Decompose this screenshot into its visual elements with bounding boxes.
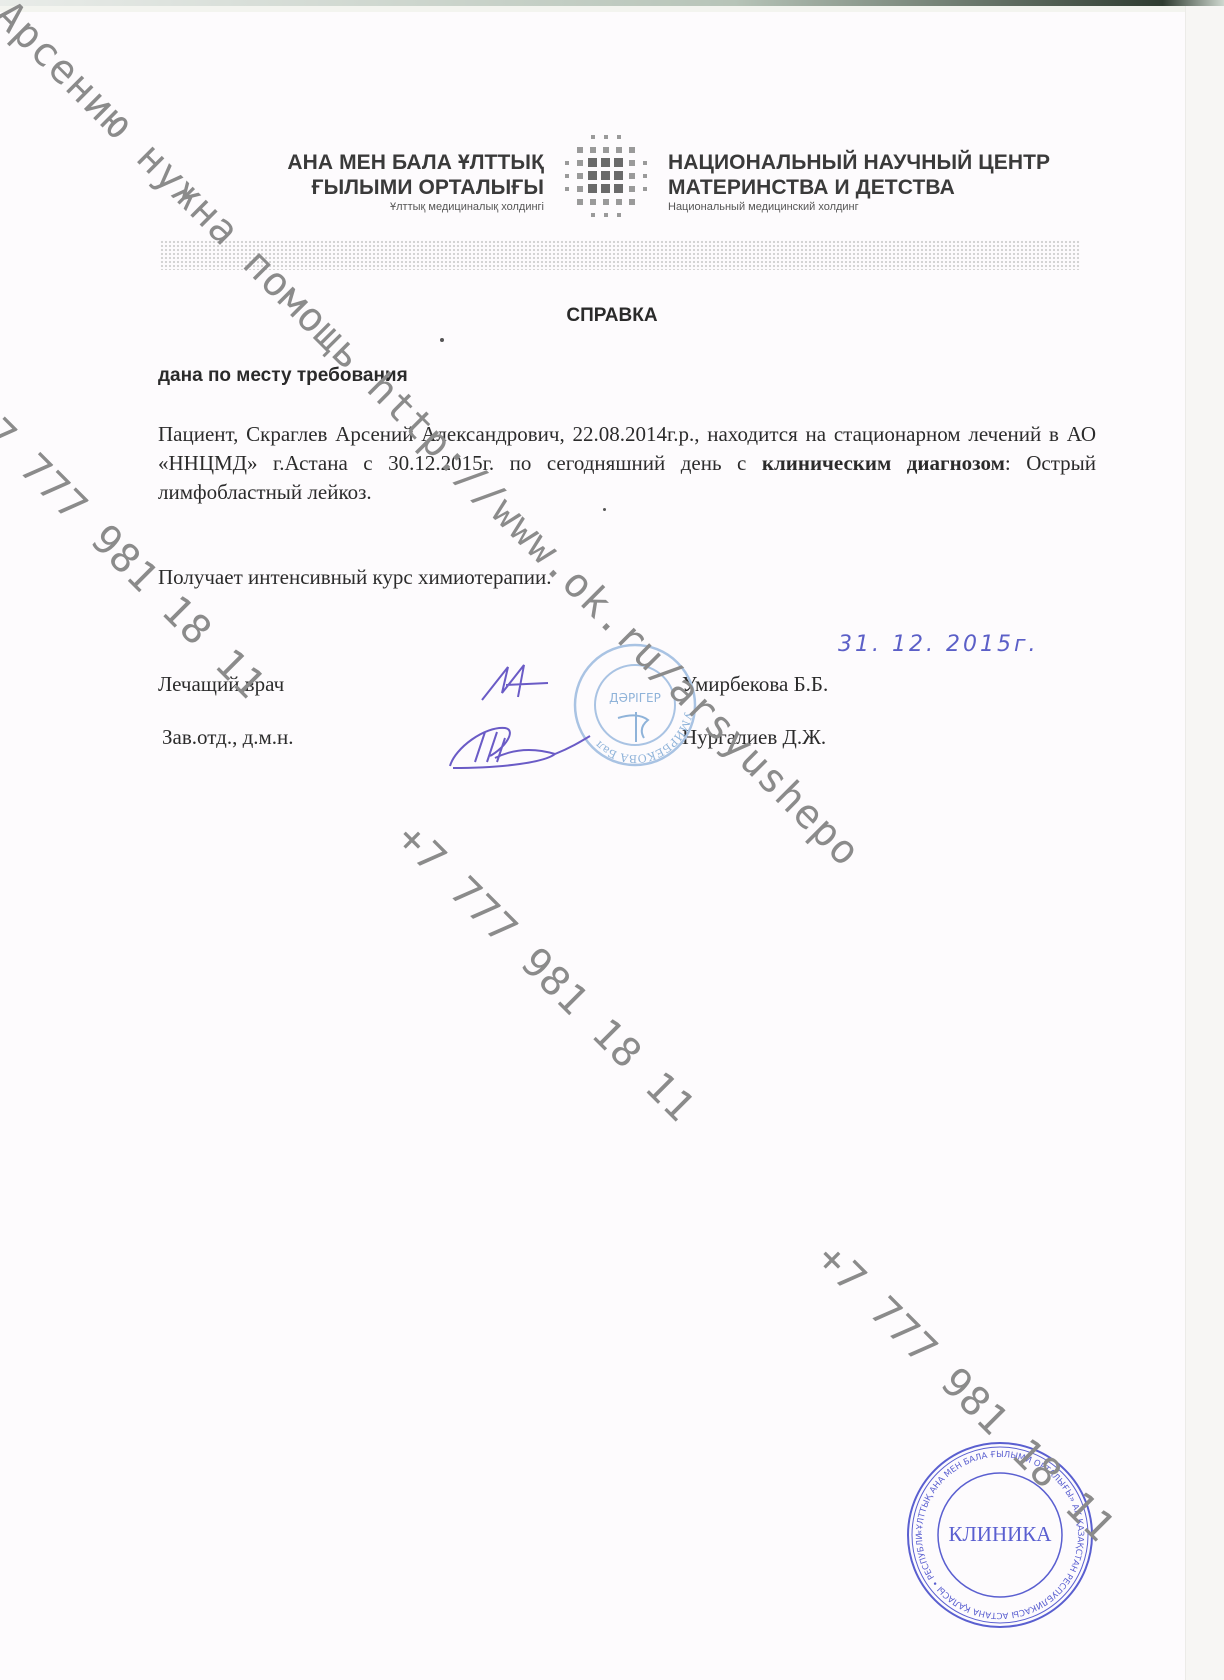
logo-dot [588,184,597,193]
logo-dot [643,187,647,191]
logo-dot [565,161,569,165]
logo-dot [614,158,623,167]
letterhead-kazakh: АНА МЕН БАЛА ҰЛТТЫҚ ҒЫЛЫМИ ОРТАЛЫҒЫ Ұлтт… [287,150,544,214]
logo-dot [577,199,583,205]
letterhead-kz-sub: Ұлттық медициналық холдингі [287,200,544,214]
document-paragraph: Пациент, Скраглев Арсений Александрович,… [158,420,1096,507]
scan-speck [603,508,606,511]
scan-top-edge-light [0,6,1224,12]
logo-dot [588,158,597,167]
logo-dot [590,199,596,205]
logo-dot [643,174,647,178]
logo-dot [601,171,610,180]
letterhead-ru-sub: Национальный медицинский холдинг [668,200,1050,214]
letterhead-ru-line1: НАЦИОНАЛЬНЫЙ НАУЧНЫЙ ЦЕНТР [668,150,1050,175]
letterhead-ru-line2: МАТЕРИНСТВА И ДЕТСТВА [668,175,1050,200]
document-treatment-line: Получает интенсивный курс химиотерапии. [158,565,552,590]
logo-dot [577,160,583,166]
logo-dot [629,160,635,166]
logo-dot [629,147,635,153]
signature-1-icon [478,655,558,710]
logo-dot [601,184,610,193]
logo-dot [604,135,608,139]
logo-dot [616,199,622,205]
paragraph-bold: клиническим диагнозом [762,451,1005,475]
logo-dot [603,147,609,153]
watermark-phone-2: +7 777 981 18 11 [387,815,703,1131]
scan-speck [440,338,444,342]
logo-dot [591,213,595,217]
logo-dot [629,186,635,192]
logo-dot [643,161,647,165]
center-logo-icon [560,130,660,230]
logo-dot [577,147,583,153]
logo-dot [629,173,635,179]
logo-dot [614,184,623,193]
document-title: СПРАВКА [0,305,1224,327]
logo-dot [565,187,569,191]
logo-dot [603,199,609,205]
logo-dot [577,186,583,192]
logo-dot [565,174,569,178]
signature-2-icon [445,718,595,773]
logo-dot [604,213,608,217]
logo-dot [617,213,621,217]
letterhead-kz-line1: АНА МЕН БАЛА ҰЛТТЫҚ [287,150,544,175]
letterhead-russian: НАЦИОНАЛЬНЫЙ НАУЧНЫЙ ЦЕНТР МАТЕРИНСТВА И… [668,150,1050,214]
logo-dot [590,147,596,153]
logo-dot [629,199,635,205]
logo-dot [591,135,595,139]
logo-dot [588,171,597,180]
scan-right-edge [1185,6,1224,1680]
logo-dot [601,158,610,167]
logo-dot [577,173,583,179]
signatory-role-2: Зав.отд., д.м.н. [162,725,294,750]
logo-dot [616,147,622,153]
handwritten-date: 31. 12. 2015г. [838,632,1039,657]
logo-dot [614,171,623,180]
clinic-stamp-center: КЛИНИКА [949,1522,1053,1546]
logo-dot [617,135,621,139]
letterhead-dot-band [160,240,1080,270]
letterhead-kz-line2: ҒЫЛЫМИ ОРТАЛЫҒЫ [287,175,544,200]
